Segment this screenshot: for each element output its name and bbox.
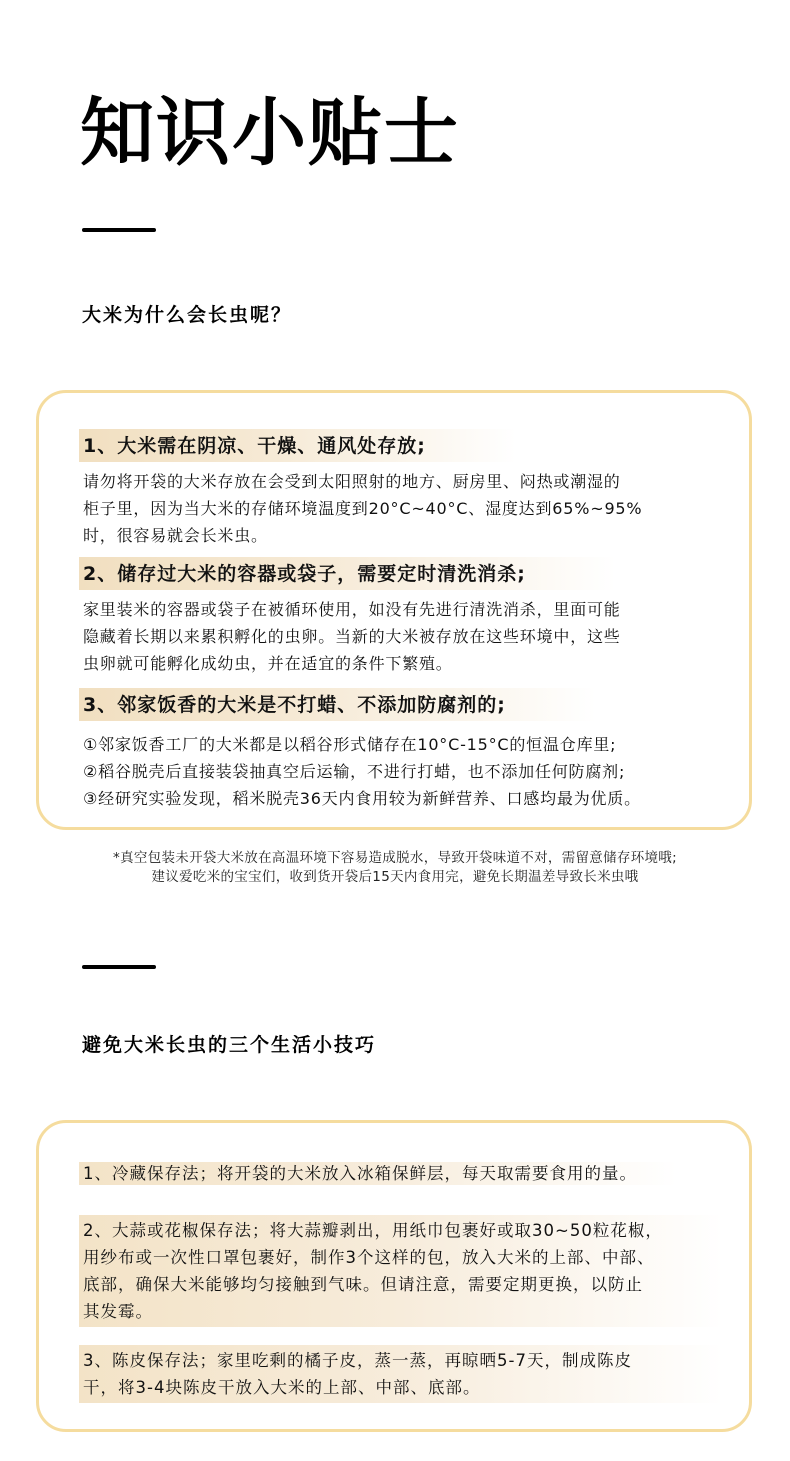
info-item-heading: 2、储存过大米的容器或袋子，需要定时清洗消杀; (79, 557, 616, 590)
section-title-why-bugs: 大米为什么会长虫呢？ (82, 300, 292, 327)
info-item-body: 请勿将开袋的大米存放在会受到太阳照射的地方、厨房里、闷热或潮湿的 柜子里，因为当… (83, 468, 723, 549)
info-item-heading: 3、邻家饭香的大米是不打蜡、不添加防腐剂的; (79, 688, 596, 721)
tip-item-2: 2、大蒜或花椒保存法；将大蒜瓣剥出，用纸巾包裹好或取30~50粒花椒， 用纱布或… (83, 1215, 723, 1327)
info-item-3: 3、邻家饭香的大米是不打蜡、不添加防腐剂的; ①邻家饭香工厂的大米都是以稻谷形式… (83, 688, 723, 812)
title-divider (82, 228, 156, 232)
info-item-body: ①邻家饭香工厂的大米都是以稻谷形式储存在10°C-15°C的恒温仓库里; ②稻谷… (83, 731, 723, 812)
info-item-heading: 1、大米需在阴凉、干燥、通风处存放; (79, 429, 516, 462)
page-title: 知识小贴士 (80, 88, 460, 178)
tips-card: 1、冷藏保存法；将开袋的大米放入冰箱保鲜层，每天取需要食用的量。 2、大蒜或花椒… (36, 1120, 752, 1432)
tip-item-3: 3、陈皮保存法；家里吃剩的橘子皮，蒸一蒸，再晾晒5-7天，制成陈皮 干，将3-4… (83, 1345, 723, 1403)
tip-item-1: 1、冷藏保存法；将开袋的大米放入冰箱保鲜层，每天取需要食用的量。 (83, 1160, 723, 1187)
section-divider (82, 965, 156, 969)
info-item-2: 2、储存过大米的容器或袋子，需要定时清洗消杀; 家里装米的容器或袋子在被循环使用… (83, 557, 723, 677)
info-item-body: 家里装米的容器或袋子在被循环使用，如没有先进行清洗消杀，里面可能 隐藏着长期以来… (83, 596, 723, 677)
info-card-why-bugs: 1、大米需在阴凉、干燥、通风处存放; 请勿将开袋的大米存放在会受到太阳照射的地方… (36, 390, 752, 830)
info-item-1: 1、大米需在阴凉、干燥、通风处存放; 请勿将开袋的大米存放在会受到太阳照射的地方… (83, 429, 723, 549)
footnote: *真空包装未开袋大米放在高温环境下容易造成脱水，导致开袋味道不对，需留意储存环境… (0, 849, 790, 887)
section-title-tips: 避免大米长虫的三个生活小技巧 (82, 1030, 376, 1057)
